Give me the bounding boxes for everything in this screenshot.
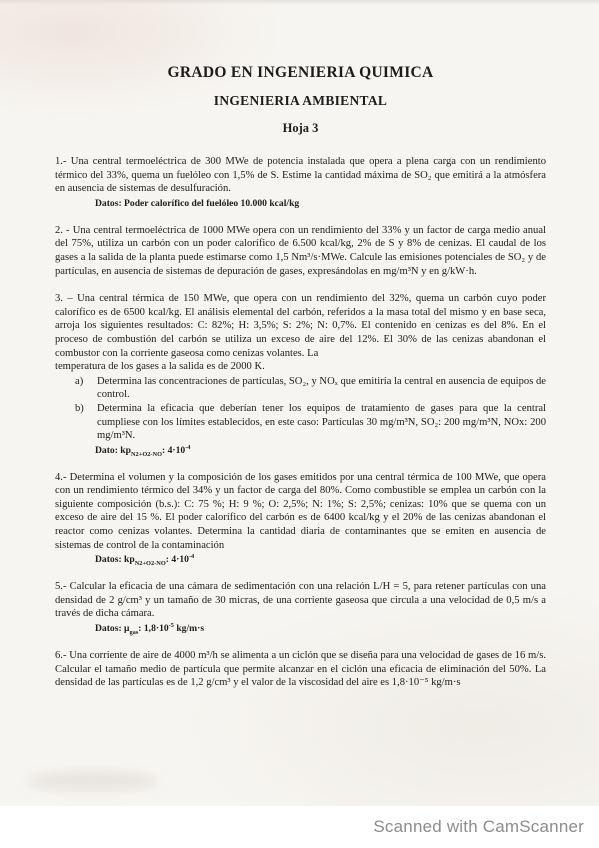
problem-3-dato: Dato: kpN2+O2-NO: 4·10-4 bbox=[95, 444, 546, 457]
dato-exponent: -4 bbox=[185, 444, 190, 451]
problem-3: 3. – Una central térmica de 150 MWe, que… bbox=[55, 292, 546, 457]
item-a-text: Determina las concentraciones de partícu… bbox=[97, 375, 546, 402]
problem-3-items: a) Determina las concentraciones de part… bbox=[75, 375, 546, 443]
item-b-text: Determina la eficacia que deberían tener… bbox=[97, 402, 546, 443]
problem-3-item-b: b) Determina la eficacia que deberían te… bbox=[75, 402, 546, 443]
footer-strip: Scanned with CamScanner bbox=[0, 806, 599, 848]
problem-1-datos: Datos: Poder calorífico del fuelóleo 10.… bbox=[95, 197, 546, 210]
dato-subscript: gas bbox=[129, 629, 138, 636]
dato-units: kg/m·s bbox=[174, 623, 204, 634]
problem-1-text: 1.- Una central termoeléctrica de 300 MW… bbox=[55, 155, 546, 196]
dato-subscript: N2+O2-NO bbox=[131, 451, 162, 458]
document-header: GRADO EN INGENIERIA QUIMICA INGENIERIA A… bbox=[55, 64, 546, 136]
problem-3-text-line2: temperatura de los gases a la salida es … bbox=[55, 360, 546, 374]
item-a-label: a) bbox=[75, 375, 97, 402]
dato-value: : 4·10 bbox=[162, 445, 185, 456]
problem-1: 1.- Una central termoeléctrica de 300 MW… bbox=[55, 155, 546, 210]
dato-subscript: N2+O2-NO bbox=[135, 560, 166, 567]
problem-2-text: 2. - Una central termoeléctrica de 1000 … bbox=[55, 224, 546, 278]
dato-exponent: -4 bbox=[189, 553, 194, 560]
problem-5-datos: Datos: μgas: 1,8·10-5 kg/m·s bbox=[95, 622, 546, 635]
problem-3-text: 3. – Una central térmica de 150 MWe, que… bbox=[55, 292, 546, 360]
item-b-label: b) bbox=[75, 402, 97, 443]
problem-2: 2. - Una central termoeléctrica de 1000 … bbox=[55, 224, 546, 278]
problem-4: 4.- Determina el volumen y la composició… bbox=[55, 471, 546, 567]
scanned-page: GRADO EN INGENIERIA QUIMICA INGENIERIA A… bbox=[0, 0, 599, 806]
dato-prefix: Datos: kp bbox=[95, 554, 135, 565]
degree-title: GRADO EN INGENIERIA QUIMICA bbox=[55, 64, 546, 82]
scan-smudge-artifact bbox=[28, 770, 158, 792]
problem-5-text: 5.- Calcular la eficacia de una cámara d… bbox=[55, 580, 546, 621]
problem-6: 6.- Una corriente de aire de 4000 m³/h s… bbox=[55, 649, 546, 690]
dato-prefix: Datos: μ bbox=[95, 623, 129, 634]
camscanner-watermark: Scanned with CamScanner bbox=[373, 817, 584, 837]
dato-prefix: Dato: kp bbox=[95, 445, 131, 456]
sheet-number: Hoja 3 bbox=[55, 121, 546, 136]
problem-6-text: 6.- Una corriente de aire de 4000 m³/h s… bbox=[55, 649, 546, 690]
problem-4-text: 4.- Determina el volumen y la composició… bbox=[55, 471, 546, 553]
problem-5: 5.- Calcular la eficacia de una cámara d… bbox=[55, 580, 546, 635]
dato-value: : 1,8·10 bbox=[138, 623, 168, 634]
problem-3-item-a: a) Determina las concentraciones de part… bbox=[75, 375, 546, 402]
document-content: GRADO EN INGENIERIA QUIMICA INGENIERIA A… bbox=[55, 64, 546, 704]
problem-4-datos: Datos: kpN2+O2-NO: 4·10-4 bbox=[95, 553, 546, 566]
dato-value: : 4·10 bbox=[166, 554, 189, 565]
course-title: INGENIERIA AMBIENTAL bbox=[55, 93, 546, 109]
